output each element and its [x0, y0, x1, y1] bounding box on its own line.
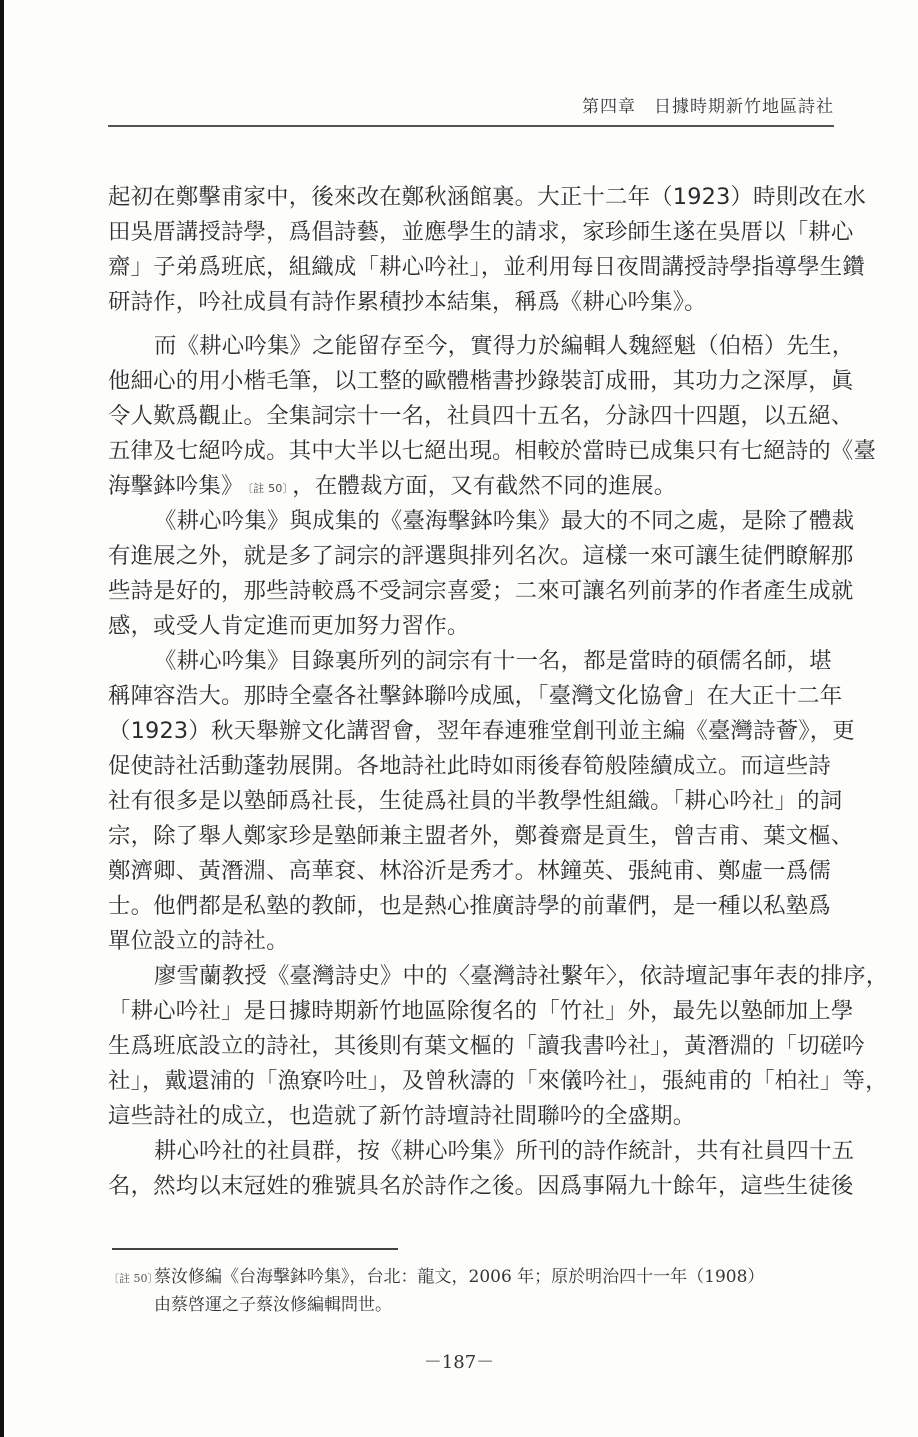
text-line: 研詩作，吟社成員有詩作累積抄本結集，稱爲《耕心吟集》。 [108, 285, 836, 320]
header-rule [108, 125, 834, 127]
text-line: 士。他們都是私塾的教師，也是熱心推廣詩學的前輩們，是一種以私塾爲 [108, 889, 836, 924]
text-line: 令人歎爲觀止。全集詞宗十一名，社員四十五名，分詠四十四題，以五絕、 [108, 399, 836, 434]
text-line: 這些詩社的成立，也造就了新竹詩壇詩社間聯吟的全盛期。 [108, 1099, 836, 1134]
footnote-rule [112, 1248, 398, 1250]
text-line: 廖雪蘭教授《臺灣詩史》中的〈臺灣詩社繫年〉，依詩壇記事年表的排序， [108, 959, 836, 994]
body-text: 起初在鄭擊甫家中，後來改在鄭秋涵館裏。大正十二年（1923）時則改在水 田吳厝講… [108, 180, 836, 1204]
text-line: 耕心吟社的社員群，按《耕心吟集》所刊的詩作統計，共有社員四十五 [108, 1134, 836, 1169]
text-line: 而《耕心吟集》之能留存至今，實得力於編輯人魏經魁（伯梧）先生， [108, 329, 836, 364]
text-span: ，在體裁方面，又有截然不同的進展。 [292, 473, 676, 499]
text-line: 促使詩社活動蓬勃展開。各地詩社此時如雨後春筍般陸續成立。而這些詩 [108, 749, 836, 784]
footnote-label: 〔註 50〕 [108, 1266, 154, 1292]
chapter-title: 日據時期新竹地區詩社 [654, 97, 834, 117]
footnote-text: 蔡汝修編《台海擊鉢吟集》，台北：龍文，2006 年；原於明治四十一年（1908） [154, 1267, 764, 1287]
footnote-line: 〔註 50〕蔡汝修編《台海擊鉢吟集》，台北：龍文，2006 年；原於明治四十一年… [108, 1264, 838, 1292]
text-line: 單位設立的詩社。 [108, 924, 836, 959]
text-line: 他細心的用小楷毛筆，以工整的歐體楷書抄錄裝訂成冊，其功力之深厚，眞 [108, 364, 836, 399]
chapter-number: 第四章 [582, 97, 636, 117]
footnote-50: 〔註 50〕蔡汝修編《台海擊鉢吟集》，台北：龍文，2006 年；原於明治四十一年… [108, 1264, 838, 1318]
text-line: 《耕心吟集》與成集的《臺海擊鉢吟集》最大的不同之處，是除了體裁 [108, 504, 836, 539]
text-line: 些詩是好的，那些詩較爲不受詞宗喜愛；二來可讓名列前茅的作者產生成就 [108, 574, 836, 609]
text-line: 名，然均以末冠姓的雅號具名於詩作之後。因爲事隔九十餘年，這些生徒後 [108, 1169, 836, 1204]
text-line: 生爲班底設立的詩社，其後則有葉文樞的「讀我書吟社」，黃潛淵的「切磋吟 [108, 1029, 836, 1064]
footnote-line: 由蔡啓運之子蔡汝修編輯問世。 [108, 1292, 838, 1318]
text-line: 田吳厝講授詩學，爲倡詩藝，並應學生的請求，家珍師生遂在吳厝以「耕心 [108, 215, 836, 250]
text-line: 社有很多是以塾師爲社長，生徒爲社員的半教學性組織。「耕心吟社」的詞 [108, 784, 836, 819]
text-line: 《耕心吟集》目錄裏所列的詞宗有十一名，都是當時的碩儒名師，堪 [108, 644, 836, 679]
text-line: 齋」子弟爲班底，組織成「耕心吟社」，並利用每日夜間講授詩學指導學生鑽 [108, 250, 836, 285]
text-span: 海擊鉢吟集》 [108, 473, 244, 499]
text-line: 海擊鉢吟集》〔註 50〕，在體裁方面，又有截然不同的進展。 [108, 469, 836, 504]
text-line: 社」，戴還浦的「漁寮吟吐」，及曾秋濤的「來儀吟社」，張純甫的「柏社」等， [108, 1064, 836, 1099]
scan-edge-shadow [0, 0, 4, 1437]
text-line: 宗，除了舉人鄭家珍是塾師兼主盟者外，鄭養齋是貢生，曾吉甫、葉文樞、 [108, 819, 836, 854]
text-line: 有進展之外，就是多了詞宗的評選與排列名次。這樣一來可讓生徒們瞭解那 [108, 539, 836, 574]
text-line: 稱陣容浩大。那時全臺各社擊鉢聯吟成風，「臺灣文化協會」在大正十二年 [108, 679, 836, 714]
text-line: 五律及七絕吟成。其中大半以七絕出現。相較於當時已成集只有七絕詩的《臺 [108, 434, 836, 469]
page-number: －187－ [0, 1348, 918, 1374]
text-line: 感，或受人肯定進而更加努力習作。 [108, 609, 836, 644]
footnote-reference-50[interactable]: 〔註 50〕 [248, 482, 289, 495]
running-header: 第四章日據時期新竹地區詩社 [582, 92, 834, 117]
text-line: （1923）秋天舉辦文化講習會，翌年春連雅堂創刊並主編《臺灣詩薈》，更 [108, 714, 836, 749]
text-line: 「耕心吟社」是日據時期新竹地區除復名的「竹社」外，最先以塾師加上學 [108, 994, 836, 1029]
text-line: 起初在鄭擊甫家中，後來改在鄭秋涵館裏。大正十二年（1923）時則改在水 [108, 180, 836, 215]
text-line: 鄭濟卿、黃潛淵、高華袞、林浴沂是秀才。林鐘英、張純甫、鄭虛一爲儒 [108, 854, 836, 889]
